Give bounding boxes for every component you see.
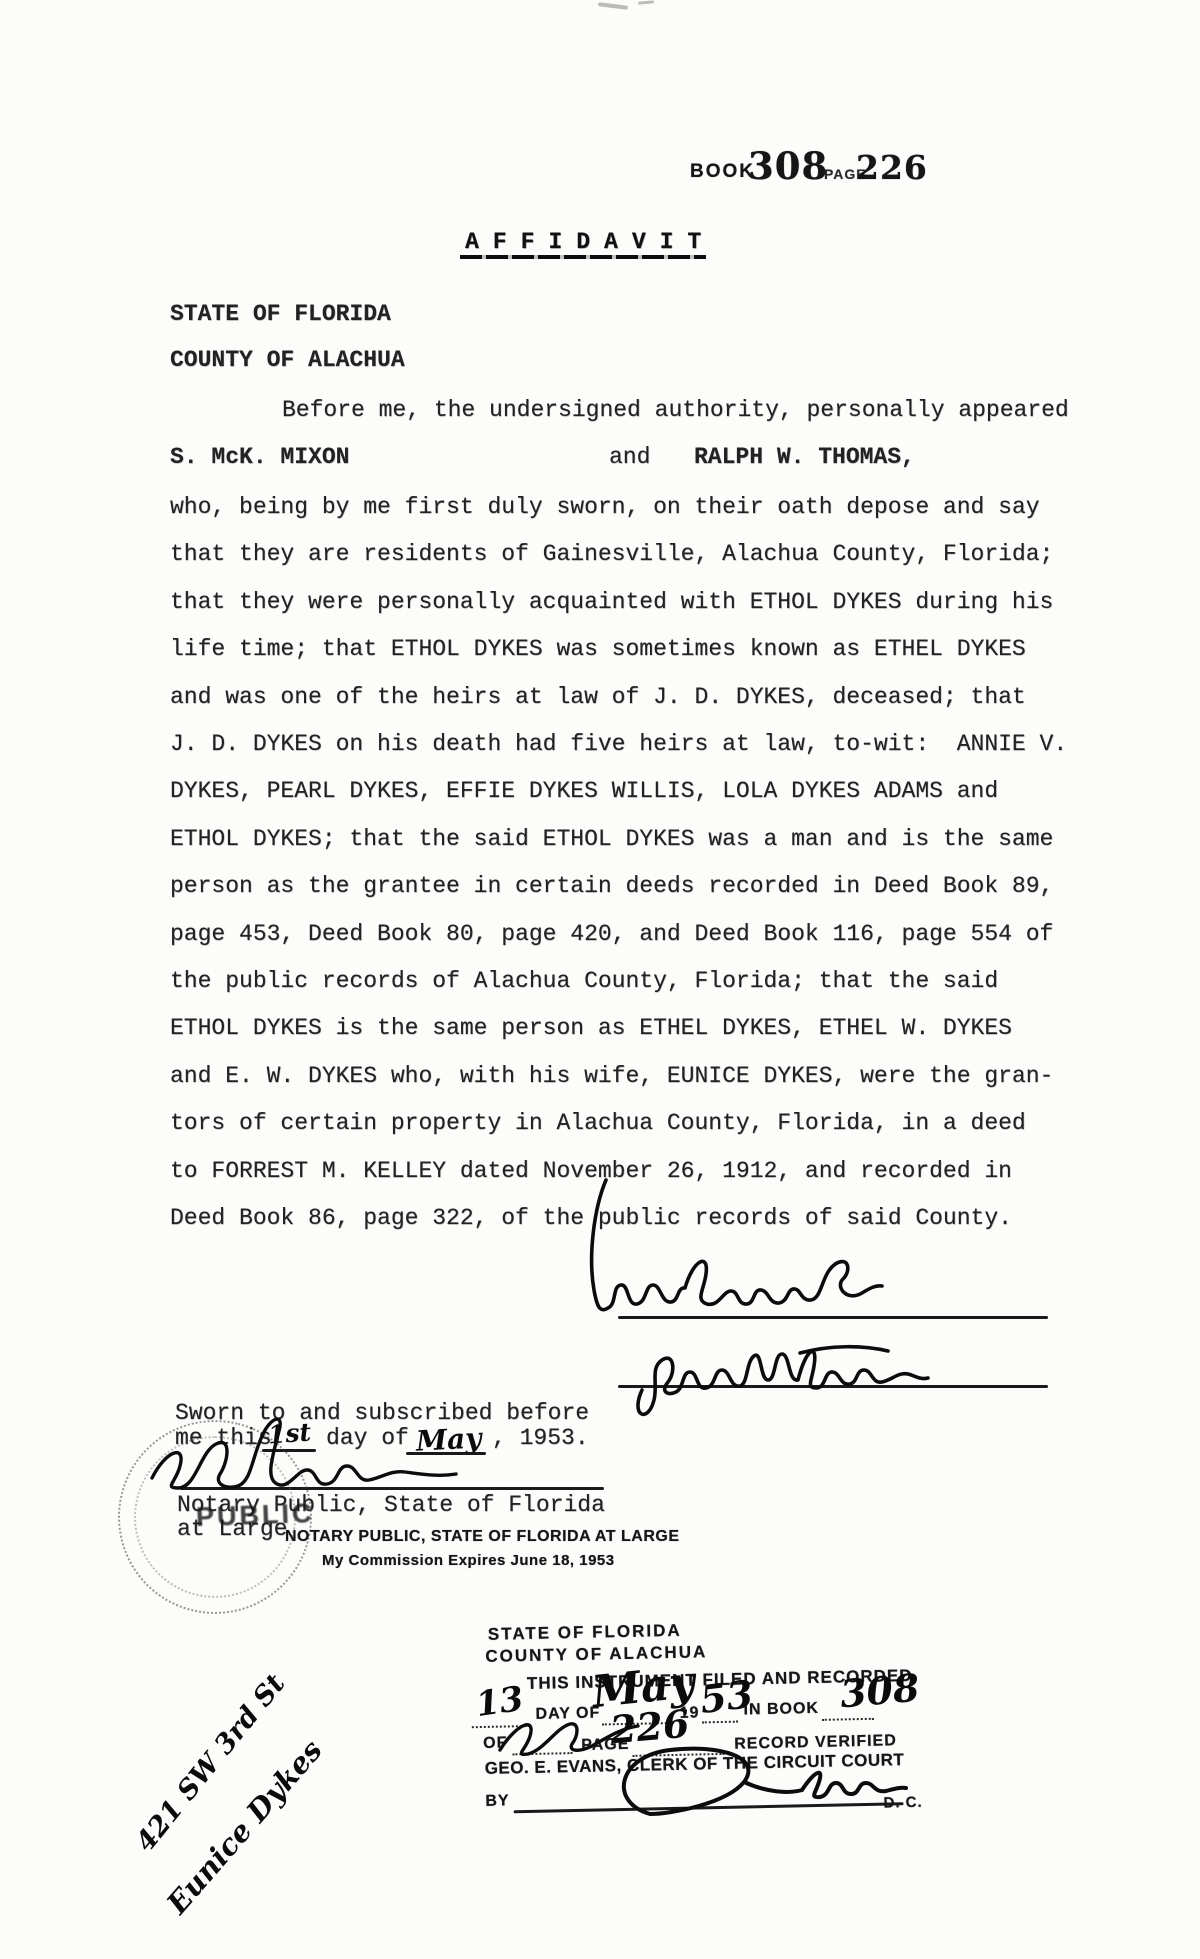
body-line: page 453, Deed Book 80, page 420, and De… xyxy=(170,923,1053,946)
by-signature-line xyxy=(514,1802,904,1813)
body-line: that they were personally acquainted wit… xyxy=(170,591,1053,614)
notary-stamp-line-1: NOTARY PUBLIC, STATE OF FLORIDA AT LARGE xyxy=(285,1528,680,1546)
book-blank xyxy=(822,1717,874,1721)
day-of-label: DAY OF xyxy=(535,1705,600,1724)
affidavit-body: who, being by me first duly sworn, on th… xyxy=(0,0,1200,1300)
affiant-1-signature-line xyxy=(618,1316,1048,1319)
body-line: and was one of the heirs at law of J. D.… xyxy=(170,686,1026,709)
jurat-line-2b: day of xyxy=(326,1427,409,1450)
filing-state: STATE OF FLORIDA xyxy=(488,1621,682,1645)
body-line: that they are residents of Gainesville, … xyxy=(170,543,1053,566)
body-line: who, being by me first duly sworn, on th… xyxy=(170,496,1040,519)
by-label: BY xyxy=(485,1792,510,1811)
thomas-signature xyxy=(638,1347,928,1415)
jurat-line-2c: , 1953. xyxy=(492,1427,589,1450)
month-blank-line xyxy=(406,1452,486,1455)
body-line: J. D. DYKES on his death had five heirs … xyxy=(170,733,1067,756)
handwritten-filing-book: 308 xyxy=(838,1665,921,1717)
body-line: tors of certain property in Alachua Coun… xyxy=(170,1112,1026,1135)
filing-stamp: STATE OF FLORIDA COUNTY OF ALACHUA THIS … xyxy=(448,1606,993,1857)
margin-note-address: 421 SW 3rd St xyxy=(130,1668,291,1857)
handwritten-filing-year: 53 xyxy=(697,1671,755,1722)
body-line: the public records of Alachua County, Fl… xyxy=(170,970,998,993)
body-line: ETHOL DYKES is the same person as ETHEL … xyxy=(170,1017,1012,1040)
body-line: to FORREST M. KELLEY dated November 26, … xyxy=(170,1160,1012,1183)
handwritten-filing-day: 13 xyxy=(473,1679,525,1725)
margin-note-name: Eunice Dykes xyxy=(160,1733,329,1920)
body-line: person as the grantee in certain deeds r… xyxy=(170,875,1053,898)
body-line: ETHOL DYKES; that the said ETHOL DYKES w… xyxy=(170,828,1053,851)
dc-label: D. C. xyxy=(883,1794,923,1812)
body-line: and E. W. DYKES who, with his wife, EUNI… xyxy=(170,1065,1053,1088)
body-line: DYKES, PEARL DYKES, EFFIE DYKES WILLIS, … xyxy=(170,780,998,803)
of-blank xyxy=(512,1751,572,1755)
affiant-2-signature-line xyxy=(618,1385,1048,1388)
notary-stamp-line-2: My Commission Expires June 18, 1953 xyxy=(322,1552,615,1569)
body-line: Deed Book 86, page 322, of the public re… xyxy=(170,1207,1012,1230)
of-label: OF xyxy=(483,1734,508,1753)
scanned-affidavit-page: BOOK 308 PAGE 226 AFFIDAVIT STATE OF FLO… xyxy=(0,0,1200,1959)
body-line: life time; that ETHOL DYKES was sometime… xyxy=(170,638,1026,661)
handwritten-filing-page: 226 xyxy=(608,1701,691,1753)
